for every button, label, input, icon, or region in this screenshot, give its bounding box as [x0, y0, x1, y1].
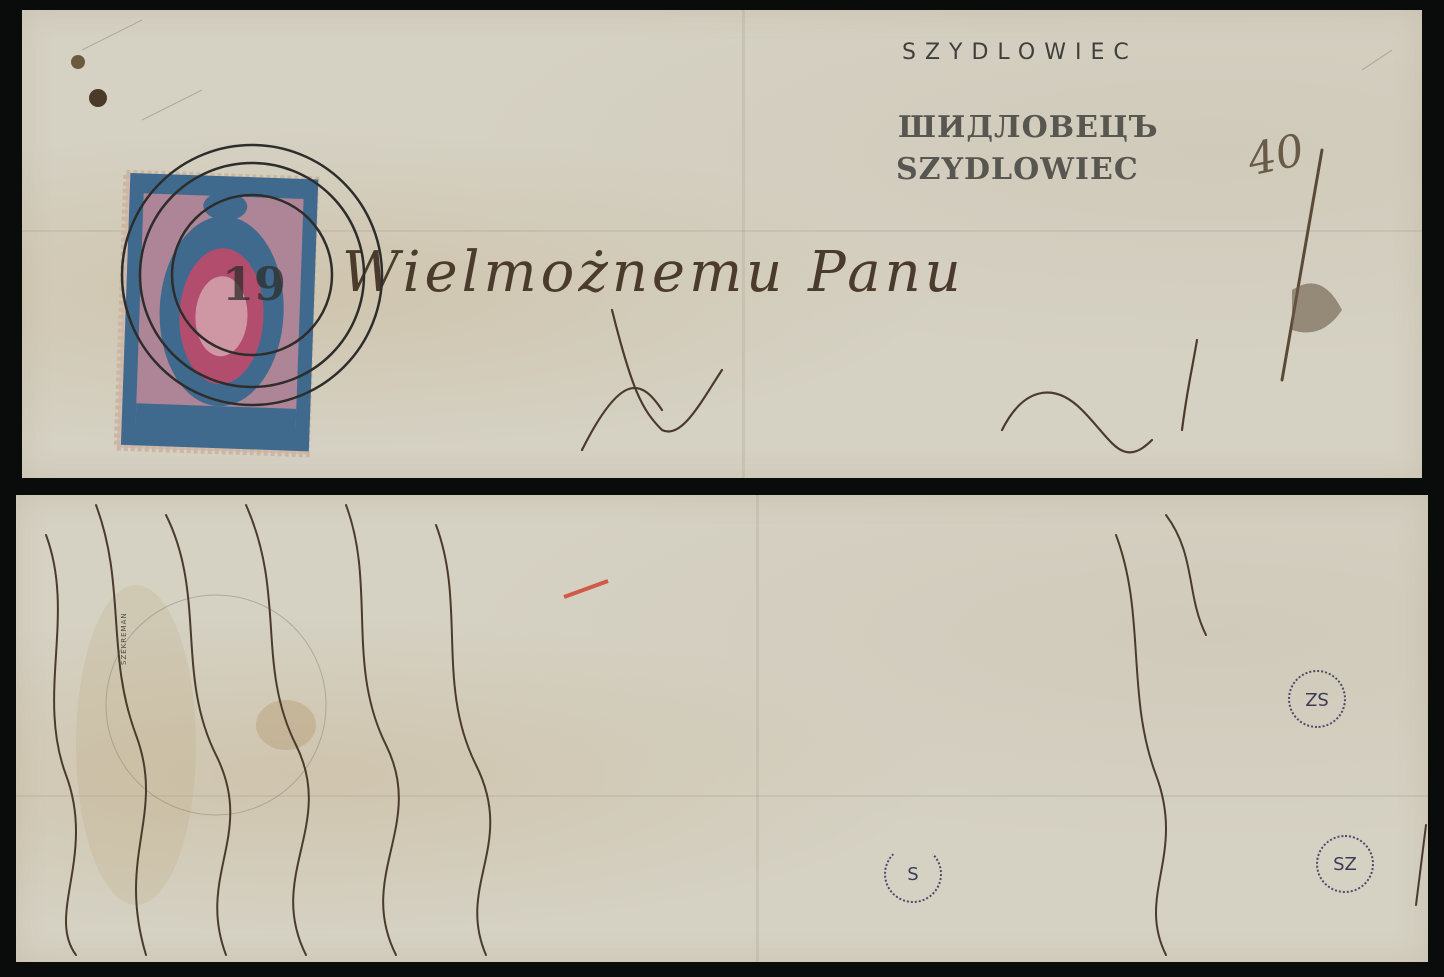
red-mark [564, 581, 608, 597]
ink-drawings [16, 495, 1428, 962]
ink-spot [71, 55, 85, 69]
ink-drawings: 19 [22, 10, 1422, 478]
cover-front-panel: SZYDLOWIEC ШИДЛОВЕЦЪ SZYDLOWIEC 40 Wielm… [22, 10, 1422, 478]
ink-spot [89, 89, 107, 107]
svg-text:19: 19 [222, 257, 286, 311]
cover-back-panel: SZEKREMAN SZ SZ S [16, 495, 1428, 962]
